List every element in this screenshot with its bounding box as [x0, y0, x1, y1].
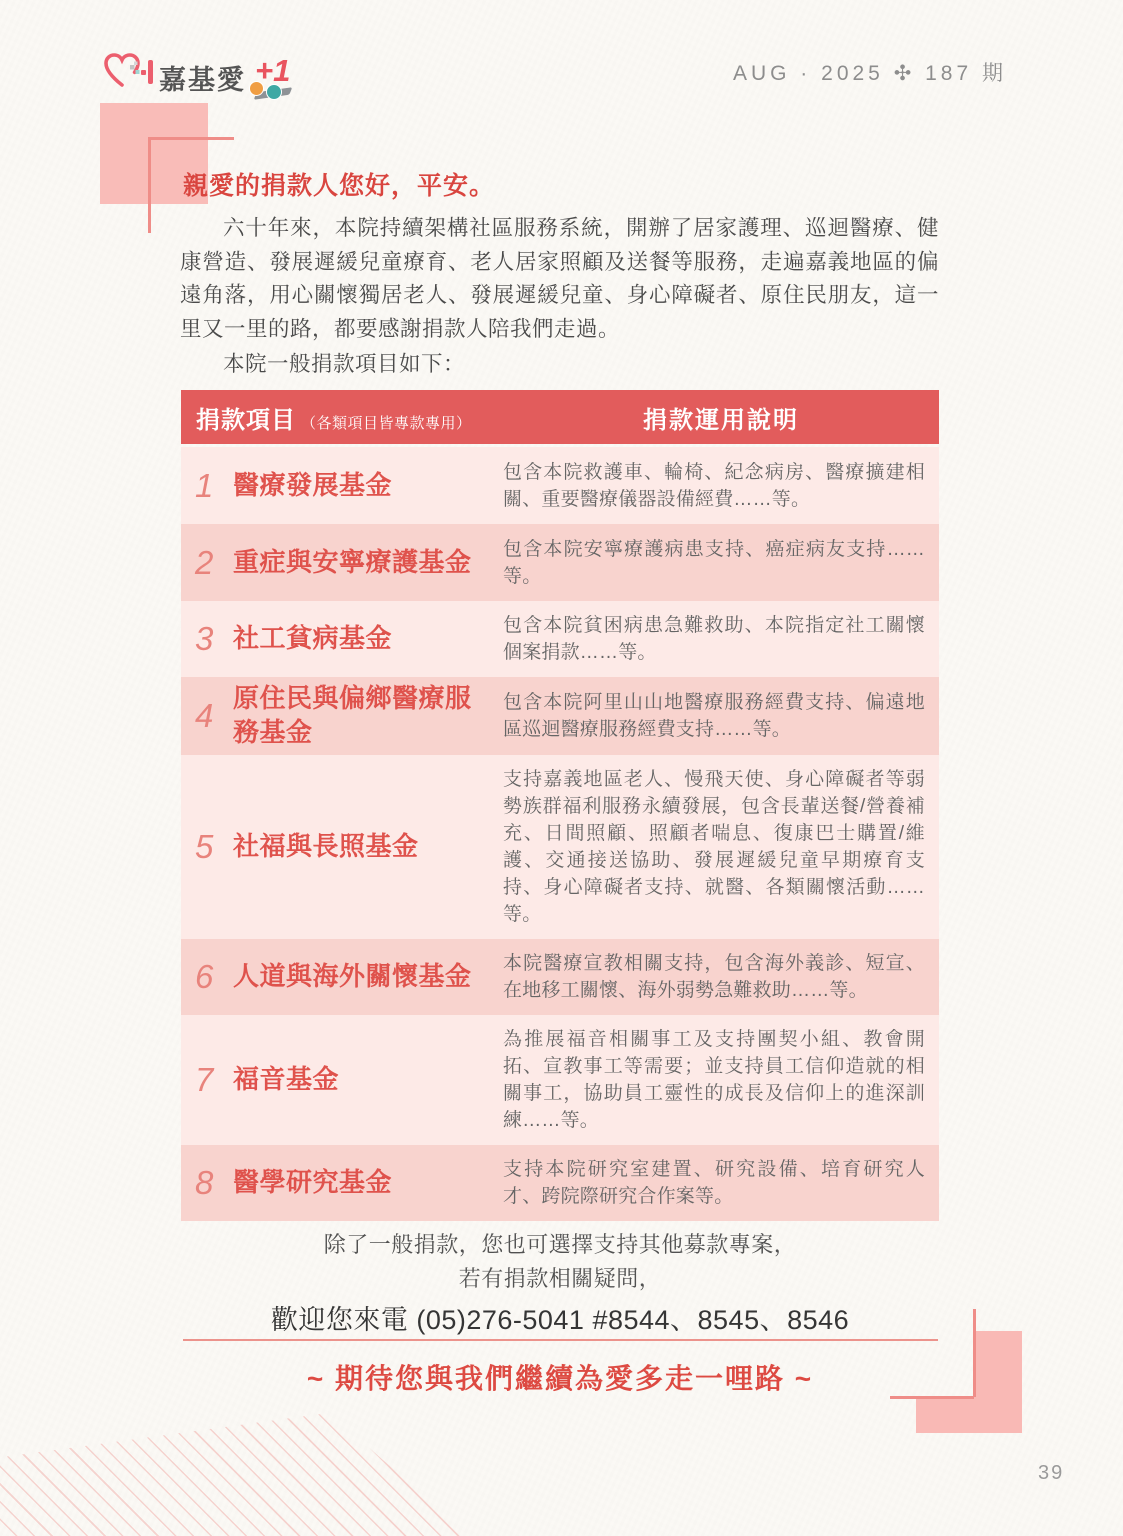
fund-number: 5 [195, 828, 233, 866]
table-row: 8 醫學研究基金 支持本院研究室建置、研究設備、培育研究人才、跨院際研究合作案等… [181, 1145, 939, 1221]
fund-number: 1 [195, 467, 233, 505]
donation-table: 捐款項目 （各類項目皆專款專用） 捐款運用說明 1 醫療發展基金 包含本院救護車… [181, 390, 939, 1221]
fund-name-cell: 1 醫療發展基金 [181, 467, 503, 505]
logo-badge-orange [249, 81, 264, 96]
fund-name: 社福與長照基金 [233, 830, 419, 864]
decorative-line [148, 137, 234, 140]
column-header-items: 捐款項目 [196, 400, 296, 435]
fund-number: 7 [195, 1061, 233, 1099]
fund-name: 醫學研究基金 [233, 1166, 392, 1200]
fund-description-cell: 包含本院救護車、輪椅、紀念病房、醫療擴建相關、重要醫療儀器設備經費……等。 [503, 448, 939, 524]
fund-description-cell: 本院醫療宣教相關支持，包含海外義診、短宣、在地移工關懷、海外弱勢急難救助……等。 [503, 939, 939, 1015]
fund-name: 社工貧病基金 [233, 622, 392, 656]
fund-name: 福音基金 [233, 1063, 339, 1097]
fund-description-cell: 包含本院安寧療護病患支持、癌症病友支持……等。 [503, 525, 939, 601]
pixel-square [134, 62, 138, 66]
fund-name: 人道與海外關懷基金 [233, 960, 472, 994]
page-number: 39 [1038, 1462, 1064, 1485]
table-row: 4 原住民與偏鄉醫療服務基金 包含本院阿里山山地醫療服務經費支持、偏遠地區巡迴醫… [181, 677, 939, 755]
pixel-square [130, 65, 135, 70]
table-body: 1 醫療發展基金 包含本院救護車、輪椅、紀念病房、醫療擴建相關、重要醫療儀器設備… [181, 447, 939, 1221]
fund-name: 醫療發展基金 [233, 469, 392, 503]
column-header-note: （各類項目皆專款專用） [301, 412, 472, 433]
fund-name-cell: 7 福音基金 [181, 1061, 503, 1099]
footer-note: 除了一般捐款，您也可選擇支持其他募款專案， 若有捐款相關疑問， 歡迎您來電 (0… [180, 1228, 940, 1340]
fund-description-cell: 為推展福音相關事工及支持團契小組、教會開拓、宣教事工等需要；並支持員工信仰造就的… [503, 1015, 939, 1145]
heart-icon [103, 53, 143, 89]
decorative-square-bottom-right [916, 1397, 975, 1433]
fund-name-cell: 4 原住民與偏鄉醫療服務基金 [181, 682, 503, 750]
fund-description-cell: 支持嘉義地區老人、慢飛天使、身心障礙者等弱勢族群福利服務永續發展，包含長輩送餐/… [503, 755, 939, 939]
table-row: 1 醫療發展基金 包含本院救護車、輪椅、紀念病房、醫療擴建相關、重要醫療儀器設備… [181, 447, 939, 524]
fund-name-cell: 8 醫學研究基金 [181, 1164, 503, 1202]
intro-paragraph: 六十年來，本院持續架構社區服務系統，開辦了居家護理、巡迴醫療、健康營造、發展遲緩… [180, 212, 939, 346]
table-row: 5 社福與長照基金 支持嘉義地區老人、慢飛天使、身心障礙者等弱勢族群福利服務永續… [181, 755, 939, 939]
footer-line-1: 除了一般捐款，您也可選擇支持其他募款專案， [180, 1228, 940, 1262]
decorative-square-bottom-right [975, 1331, 1022, 1433]
fund-number: 6 [195, 958, 233, 996]
fund-description: 包含本院貧困病患急難救助、本院指定社工關懷個案捐款……等。 [503, 612, 925, 666]
table-header-left: 捐款項目 （各類項目皆專款專用） [181, 400, 503, 435]
issue-label: AUG · 2025 ✣ 187 期 [733, 57, 1007, 87]
fund-name-cell: 2 重症與安寧療護基金 [181, 544, 503, 582]
logo-brand-text: 嘉基愛 [159, 58, 246, 97]
footer-line-2: 若有捐款相關疑問， [180, 1262, 940, 1296]
fund-description-cell: 包含本院阿里山山地醫療服務經費支持、偏遠地區巡迴醫療服務經費支持……等。 [503, 678, 939, 754]
column-header-usage: 捐款運用說明 [503, 400, 939, 435]
table-row: 6 人道與海外關懷基金 本院醫療宣教相關支持，包含海外義診、短宣、在地移工關懷、… [181, 939, 939, 1015]
decorative-line [148, 137, 151, 233]
fund-number: 4 [195, 697, 233, 735]
fund-name: 原住民與偏鄉醫療服務基金 [233, 682, 485, 750]
fund-number: 3 [195, 620, 233, 658]
table-header: 捐款項目 （各類項目皆專款專用） 捐款運用說明 [181, 390, 939, 444]
logo-dash [141, 70, 146, 75]
fund-name-cell: 3 社工貧病基金 [181, 620, 503, 658]
fund-name-cell: 6 人道與海外關懷基金 [181, 958, 503, 996]
contact-phone-line: 歡迎您來電 (05)276-5041 #8544、8545、8546 [180, 1300, 940, 1340]
table-row: 3 社工貧病基金 包含本院貧困病患急難救助、本院指定社工關懷個案捐款……等。 [181, 601, 939, 677]
diagonal-hatch-decoration [0, 1405, 470, 1536]
fund-number: 8 [195, 1164, 233, 1202]
table-row: 2 重症與安寧療護基金 包含本院安寧療護病患支持、癌症病友支持……等。 [181, 524, 939, 601]
decorative-line [890, 1396, 974, 1399]
fund-name: 重症與安寧療護基金 [233, 546, 472, 580]
page-title: 親愛的捐款人您好，平安。 [183, 166, 495, 202]
fund-description: 本院醫療宣教相關支持，包含海外義診、短宣、在地移工關懷、海外弱勢急難救助……等。 [503, 950, 925, 1004]
fund-description: 包含本院阿里山山地醫療服務經費支持、偏遠地區巡迴醫療服務經費支持……等。 [503, 689, 925, 743]
brand-logo: 嘉基愛 +1 [103, 50, 293, 102]
fund-description: 包含本院安寧療護病患支持、癌症病友支持……等。 [503, 536, 925, 590]
fund-description-cell: 支持本院研究室建置、研究設備、培育研究人才、跨院際研究合作案等。 [503, 1145, 939, 1221]
fund-name-cell: 5 社福與長照基金 [181, 828, 503, 866]
fund-description: 包含本院救護車、輪椅、紀念病房、醫療擴建相關、重要醫療儀器設備經費……等。 [503, 459, 925, 513]
footer-divider [183, 1339, 938, 1341]
table-row: 7 福音基金 為推展福音相關事工及支持團契小組、教會開拓、宣教事工等需要；並支持… [181, 1015, 939, 1145]
fund-description-cell: 包含本院貧困病患急難救助、本院指定社工關懷個案捐款……等。 [503, 601, 939, 677]
pixel-square [136, 70, 140, 74]
fund-description: 支持本院研究室建置、研究設備、培育研究人才、跨院際研究合作案等。 [503, 1156, 925, 1210]
fund-number: 2 [195, 544, 233, 582]
fund-description: 為推展福音相關事工及支持團契小組、教會開拓、宣教事工等需要；並支持員工信仰造就的… [503, 1026, 925, 1134]
decorative-line [973, 1309, 976, 1397]
fund-description: 支持嘉義地區老人、慢飛天使、身心障礙者等弱勢族群福利服務永續發展，包含長輩送餐/… [503, 766, 925, 928]
closing-slogan: ~ 期待您與我們繼續為愛多走一哩路 ~ [180, 1357, 940, 1397]
logo-bar [148, 60, 153, 84]
logo-badge-teal [266, 84, 282, 100]
lead-in-text: 本院一般捐款項目如下： [180, 347, 465, 378]
